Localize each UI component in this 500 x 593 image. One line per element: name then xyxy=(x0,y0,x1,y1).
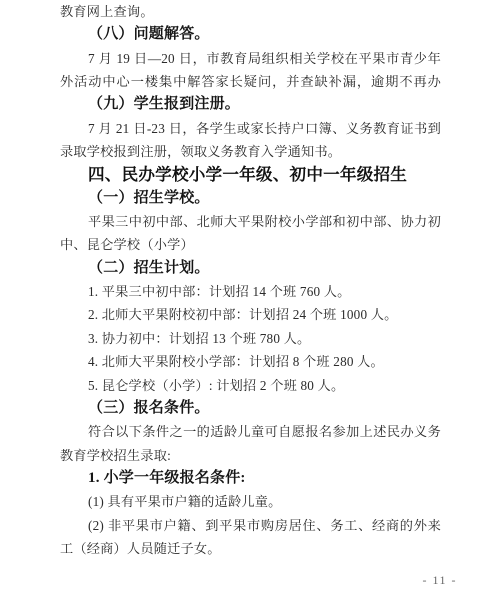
document-line: 1. 小学一年级报名条件: xyxy=(60,467,441,490)
document-line: （二）招生计划。 xyxy=(60,257,441,280)
document-line: 工（经商）人员随迁子女。 xyxy=(60,537,441,560)
document-line: （一）招生学校。 xyxy=(60,187,441,210)
page-footer: - 11 - xyxy=(422,571,457,589)
document-line: 4. 北师大平果附校小学部：计划招 8 个班 280 人。 xyxy=(60,350,441,373)
document-line: 7 月 21 日-23 日，各学生或家长持户口簿、义务教育证书到 xyxy=(60,117,441,140)
document-line: 3. 协力初中：计划招 13 个班 780 人。 xyxy=(60,327,441,350)
document-line: (2) 非平果市户籍、到平果市购房居住、务工、经商的外来务 xyxy=(60,514,441,537)
document-line: 教育学校招生录取: xyxy=(60,444,441,467)
document-line: 5. 昆仑学校（小学）: 计划招 2 个班 80 人。 xyxy=(60,374,441,397)
document-line: 平果三中初中部、北师大平果附校小学部和初中部、协力初 xyxy=(60,210,441,233)
document-line: （三）报名条件。 xyxy=(60,397,441,420)
document-line: 符合以下条件之一的适龄儿童可自愿报名参加上述民办义务 xyxy=(60,420,441,443)
document-line: （九）学生报到注册。 xyxy=(60,93,441,116)
document-line: （八）问题解答。 xyxy=(60,23,441,46)
document-page: 教育网上查询。（八）问题解答。7 月 19 日—20 日，市教育局组织相关学校在… xyxy=(0,0,500,593)
document-line: (1) 具有平果市户籍的适龄儿童。 xyxy=(60,490,441,513)
document-line: 中、昆仑学校（小学） xyxy=(60,233,441,256)
document-line: 录取学校报到注册，领取义务教育入学通知书。 xyxy=(60,140,441,163)
document-line: 1. 平果三中初中部：计划招 14 个班 760 人。 xyxy=(60,280,441,303)
page-number: - 11 - xyxy=(422,573,457,587)
document-line: 7 月 19 日—20 日，市教育局组织相关学校在平果市青少年校 xyxy=(60,47,441,70)
section-heading: 四、民办学校小学一年级、初中一年级招生 xyxy=(60,163,441,186)
document-line: 教育网上查询。 xyxy=(60,0,441,23)
document-line: 外活动中心一楼集中解答家长疑问，并查缺补漏，逾期不再办理。 xyxy=(60,70,441,93)
document-body: 教育网上查询。（八）问题解答。7 月 19 日—20 日，市教育局组织相关学校在… xyxy=(60,0,441,560)
document-line: 2. 北师大平果附校初中部：计划招 24 个班 1000 人。 xyxy=(60,303,441,326)
